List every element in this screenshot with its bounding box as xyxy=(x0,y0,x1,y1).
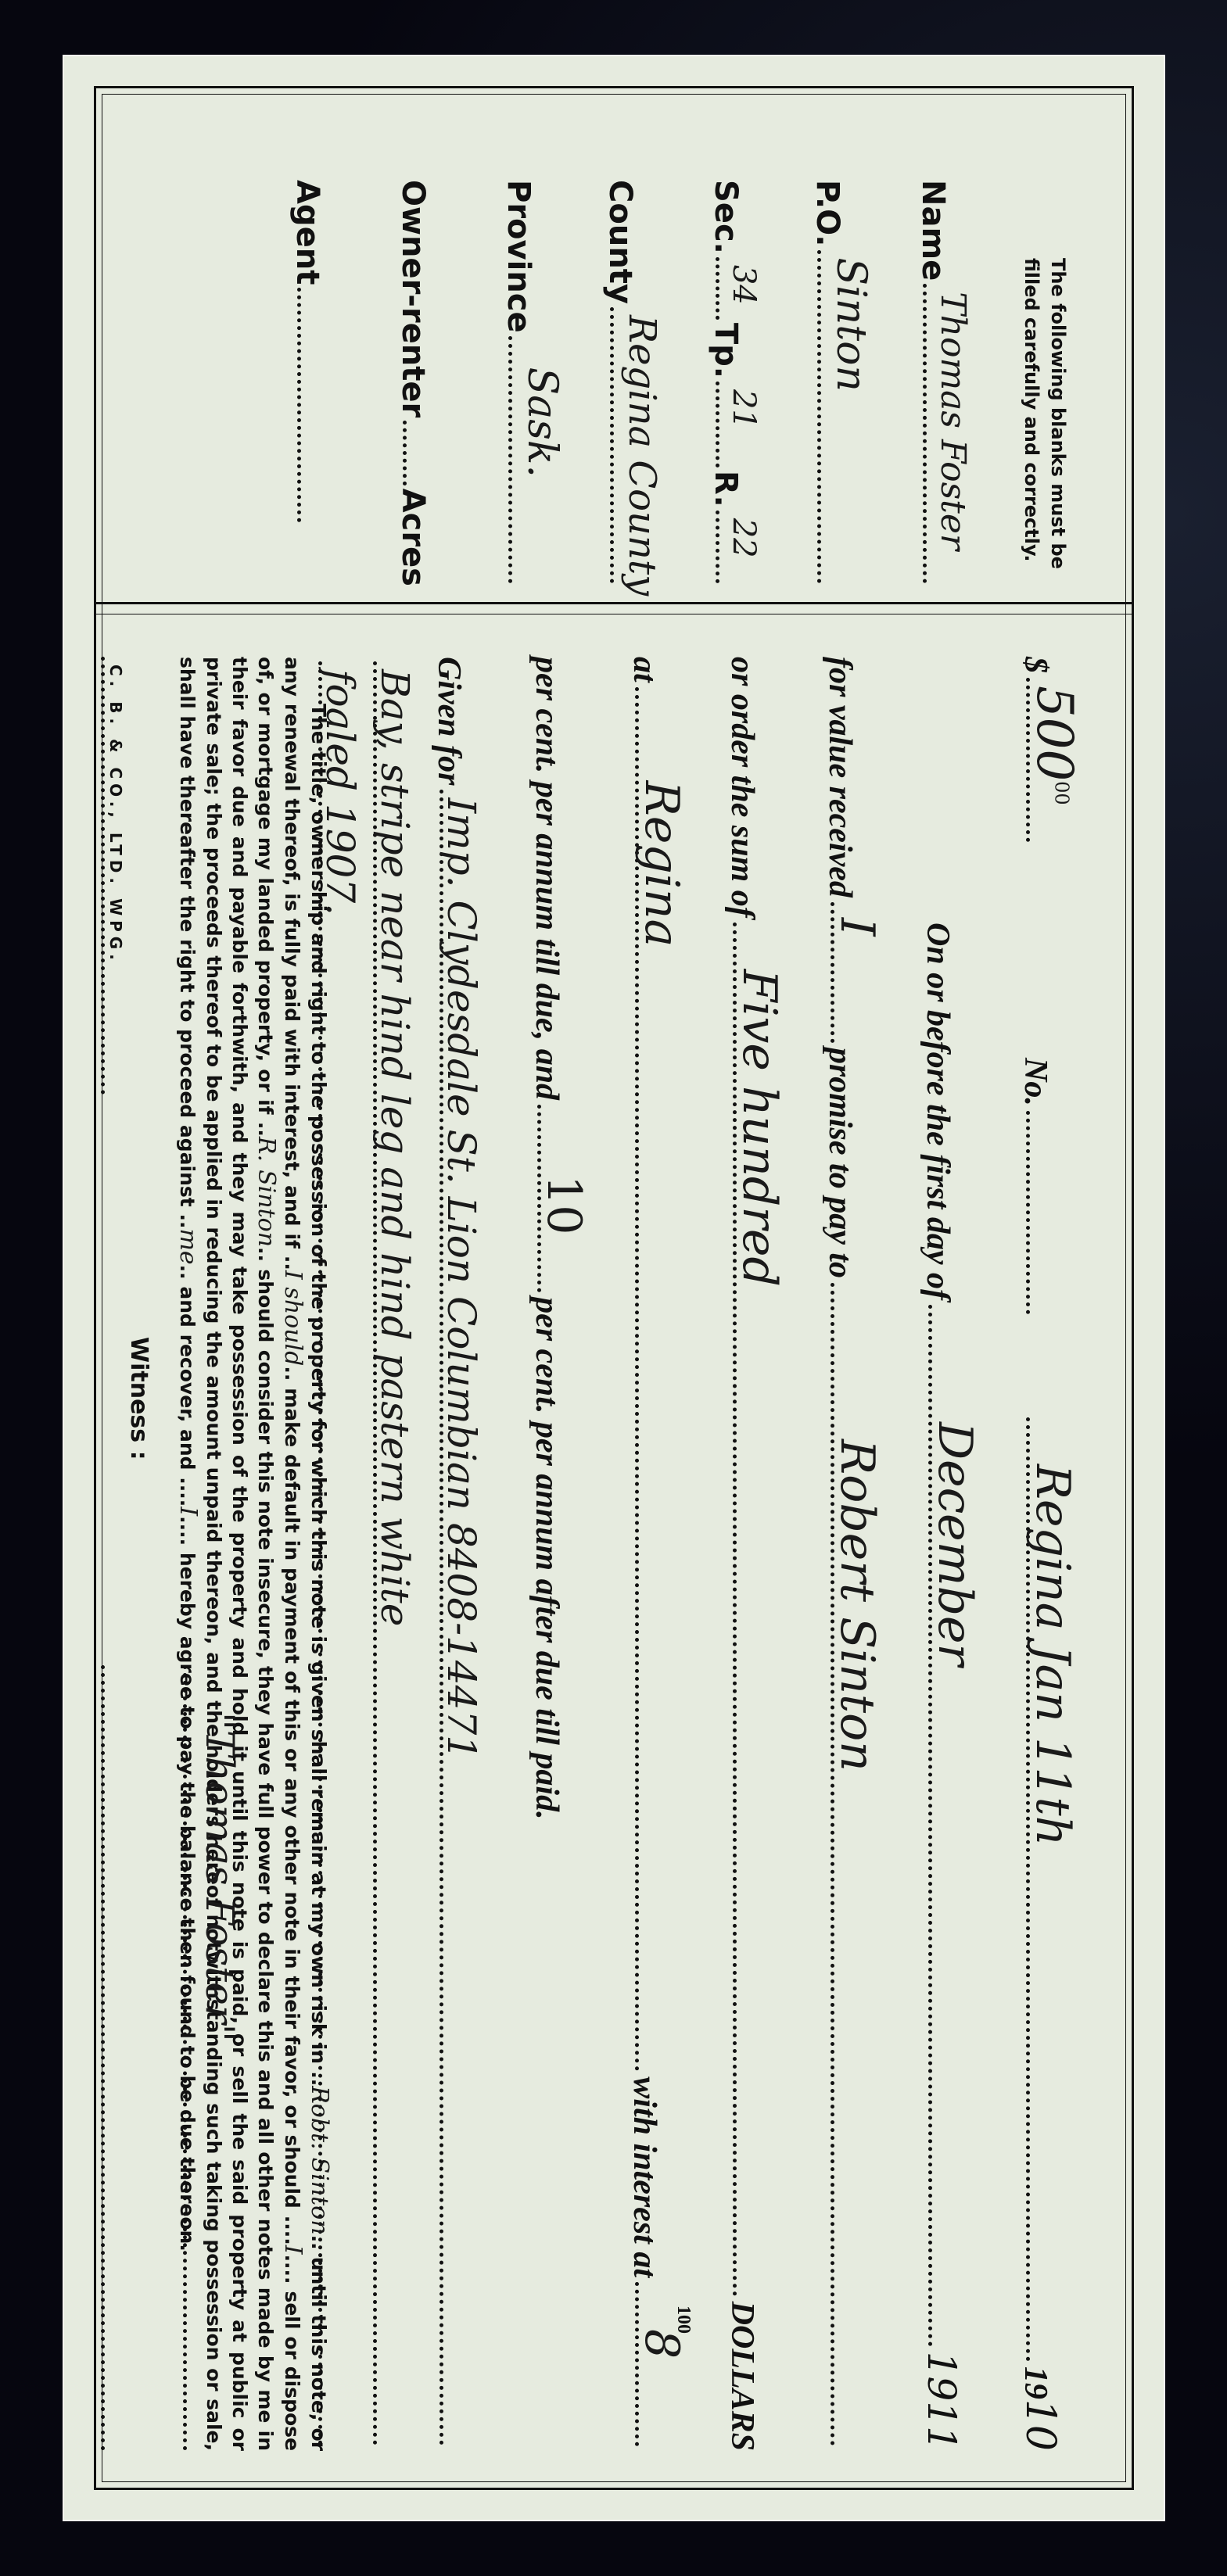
stub-agent-field[interactable]: Agent xyxy=(289,180,352,586)
after-due-label: per cent. per annum after due till paid. xyxy=(528,1297,565,1820)
note-number-label: No. xyxy=(1017,1058,1054,1106)
due-date-label: On or before the first day of xyxy=(919,923,956,1300)
witness-label: Witness : xyxy=(125,1337,152,1460)
clause-fill-holder: Robt. Sinton xyxy=(306,2086,333,2234)
printer-credit: C. B. & CO., LTD. WPG. xyxy=(106,665,125,965)
payee-value: Robert Sinton xyxy=(830,1439,884,1772)
stub-owner-renter-label: Owner-renter xyxy=(395,180,431,417)
interest-denominator: 100 xyxy=(673,2306,694,2334)
due-date-field[interactable]: December xyxy=(928,1305,932,2347)
year-written: 10 xyxy=(1017,2399,1064,2451)
promisor-field[interactable]: I xyxy=(831,902,834,1043)
promissory-note: The following blanks must be filled care… xyxy=(63,55,1165,2521)
rate-row: per cent. per annum till due, and 10 per… xyxy=(528,657,598,2451)
dollar-sign: $ xyxy=(1017,657,1054,673)
promise-label: promise to pay to xyxy=(821,1048,859,1278)
given-for-value-1: Imp. Clydesdale St. Lion Columbian 8408-… xyxy=(439,797,484,1760)
stub-sec-label: Sec. xyxy=(708,180,744,254)
clause-text-6: and recover, and xyxy=(176,1286,199,1470)
sum-label: or order the sum of xyxy=(723,657,761,918)
stub-name-label: Name xyxy=(915,180,951,281)
clause-fill-promisor-2: I xyxy=(279,2245,307,2255)
stub-name-value: Thomas Foster xyxy=(933,292,973,550)
place-payable-value: Regina xyxy=(634,781,689,948)
clause-fill-payee: R. Sinton xyxy=(253,1137,280,1247)
clause-fill-promisor-1: I should xyxy=(279,1270,307,1366)
at-label: at xyxy=(626,657,663,683)
stub-province-label: Province xyxy=(500,180,536,333)
stub-acres-label: Acres xyxy=(395,489,431,586)
clause-text-3: make default in payment of this or any o… xyxy=(281,1388,303,2209)
stub-po-field[interactable]: P.O. Sinton xyxy=(809,180,872,586)
stub-po-value: Sinton xyxy=(827,258,874,392)
due-month-value: December xyxy=(927,1422,982,1666)
sum-words-field[interactable]: Five hundred xyxy=(733,923,737,2297)
stub-instruction: The following blanks must be filled care… xyxy=(1018,258,1071,579)
payee-field[interactable]: Robert Sinton xyxy=(831,1283,834,2446)
stub-county-value: Regina County xyxy=(620,315,664,596)
clause-fill-against: me xyxy=(174,1228,202,1264)
place-payable-field[interactable]: Regina xyxy=(635,687,639,2073)
after-due-rate-value: 10 xyxy=(536,1175,591,1234)
sum-words-value: Five hundred xyxy=(732,969,787,1287)
value-received-label: for value received xyxy=(821,657,859,897)
amount-field[interactable]: 50000 xyxy=(1026,678,1030,842)
after-due-rate-field[interactable]: 10 xyxy=(537,1105,541,1292)
stub: The following blanks must be filled care… xyxy=(109,102,1118,594)
maker-signature-line[interactable] xyxy=(183,1665,192,2451)
stub-sec-value: 34 xyxy=(726,265,762,305)
given-for-label: Given for xyxy=(430,657,468,785)
note-number-field[interactable] xyxy=(1026,1111,1030,1314)
stub-agent-label: Agent xyxy=(289,180,325,285)
note-body: $ 50000 No. Regina Jan 11th 19 10 On or … xyxy=(109,633,1118,2474)
given-for-field-1[interactable]: Imp. Clydesdale St. Lion Columbian 8408-… xyxy=(439,790,443,2446)
stub-divider xyxy=(94,602,1134,614)
stub-tp-label: Tp. xyxy=(708,323,744,378)
stub-po-label: P.O. xyxy=(809,180,845,247)
due-date-row: On or before the first day of December 1… xyxy=(919,923,989,2451)
year-printed: 19 xyxy=(1017,2366,1054,2399)
place-date-value: Regina Jan 11th xyxy=(1025,1464,1080,1846)
due-year-value: 1911 xyxy=(919,2352,964,2451)
clause-text-1: The title, ownership and right to the po… xyxy=(307,657,330,2064)
per-cent-till-due-label: per cent. per annum till due, and xyxy=(528,657,565,1100)
stub-county-label: County xyxy=(602,180,638,304)
title-retention-clause: The title, ownership and right to the po… xyxy=(174,657,332,2451)
interest-rate-field[interactable]: 8 100 xyxy=(635,2282,639,2446)
with-interest-label: with interest at xyxy=(626,2076,663,2277)
maker-signature: "Thomas Foster" xyxy=(197,1712,242,2042)
stub-legal-description-field[interactable]: Sec. 34 Tp. 21 R. 22 xyxy=(708,180,770,586)
clause-fill-promisor-3: I xyxy=(174,1507,202,1516)
stub-tp-value: 21 xyxy=(726,389,762,429)
stub-r-label: R. xyxy=(708,471,744,507)
given-for-row: Given for Imp. Clydesdale St. Lion Colum… xyxy=(430,657,500,2451)
place-date-field[interactable]: Regina Jan 11th xyxy=(1026,1417,1030,2362)
promisor-value: I xyxy=(830,918,884,937)
stub-province-field[interactable]: Province Sask. xyxy=(500,180,563,586)
stub-owner-renter-field[interactable]: Owner-renter Acres xyxy=(395,180,457,586)
stub-r-value: 22 xyxy=(726,518,762,558)
promise-row: for value received I promise to pay to R… xyxy=(821,657,892,2451)
amount-value: 500 xyxy=(1025,686,1083,781)
stub-name-field[interactable]: Name Thomas Foster xyxy=(915,180,978,586)
note-header-row: $ 50000 No. Regina Jan 11th 19 10 xyxy=(1017,657,1087,2451)
amount-cents: 00 xyxy=(1050,781,1072,805)
dollars-label: DOLLARS xyxy=(723,2302,761,2451)
second-signature-line[interactable] xyxy=(101,1665,109,2451)
stub-province-value: Sask. xyxy=(518,367,565,478)
sum-row: or order the sum of Five hundred DOLLARS xyxy=(723,657,794,2451)
stub-county-field[interactable]: County Regina County xyxy=(602,180,665,586)
place-interest-row: at Regina with interest at 8 100 xyxy=(626,657,696,2451)
